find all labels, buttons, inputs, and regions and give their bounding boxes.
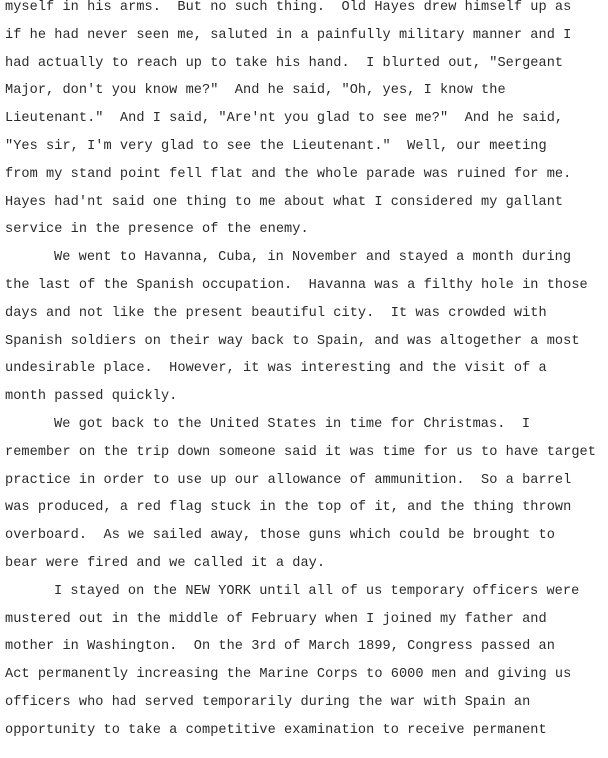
- text-line: "Yes sir, I'm very glad to see the Lieut…: [5, 133, 608, 161]
- text-line: if he had never seen me, saluted in a pa…: [5, 22, 608, 50]
- text-line: remember on the trip down someone said i…: [5, 439, 608, 467]
- text-line: mother in Washington. On the 3rd of Marc…: [5, 633, 608, 661]
- text-line: Hayes had'nt said one thing to me about …: [5, 189, 608, 217]
- paragraph-first-line: We got back to the United States in time…: [5, 411, 608, 439]
- text-line: overboard. As we sailed away, those guns…: [5, 522, 608, 550]
- paragraph-first-line: We went to Havanna, Cuba, in November an…: [5, 244, 608, 272]
- text-line: was produced, a red flag stuck in the to…: [5, 494, 608, 522]
- text-line: Major, don't you know me?" And he said, …: [5, 77, 608, 105]
- text-line: undesirable place. However, it was inter…: [5, 355, 608, 383]
- text-line: the last of the Spanish occupation. Hava…: [5, 272, 608, 300]
- text-line: Spanish soldiers on their way back to Sp…: [5, 328, 608, 356]
- text-line: practice in order to use up our allowanc…: [5, 467, 608, 495]
- document-body: myself in his arms. But no such thing. O…: [5, 0, 608, 751]
- text-line: service in the presence of the enemy.: [5, 216, 608, 244]
- text-line: mustered out in the middle of February w…: [5, 606, 608, 634]
- paragraph-first-line: I stayed on the NEW YORK until all of us…: [5, 578, 608, 606]
- text-line: bear were fired and we called it a day.: [5, 550, 608, 578]
- text-line: officers who had served temporarily duri…: [5, 689, 608, 717]
- text-line: had actually to reach up to take his han…: [5, 50, 608, 78]
- text-line: days and not like the present beautiful …: [5, 300, 608, 328]
- text-line: Act permanently increasing the Marine Co…: [5, 661, 608, 689]
- text-line: from my stand point fell flat and the wh…: [5, 161, 608, 189]
- text-line: opportunity to take a competitive examin…: [5, 717, 608, 745]
- text-line: month passed quickly.: [5, 383, 608, 411]
- text-line: myself in his arms. But no such thing. O…: [5, 0, 608, 22]
- text-line: Lieutenant." And I said, "Are'nt you gla…: [5, 105, 608, 133]
- typewritten-page: myself in his arms. But no such thing. O…: [0, 0, 608, 758]
